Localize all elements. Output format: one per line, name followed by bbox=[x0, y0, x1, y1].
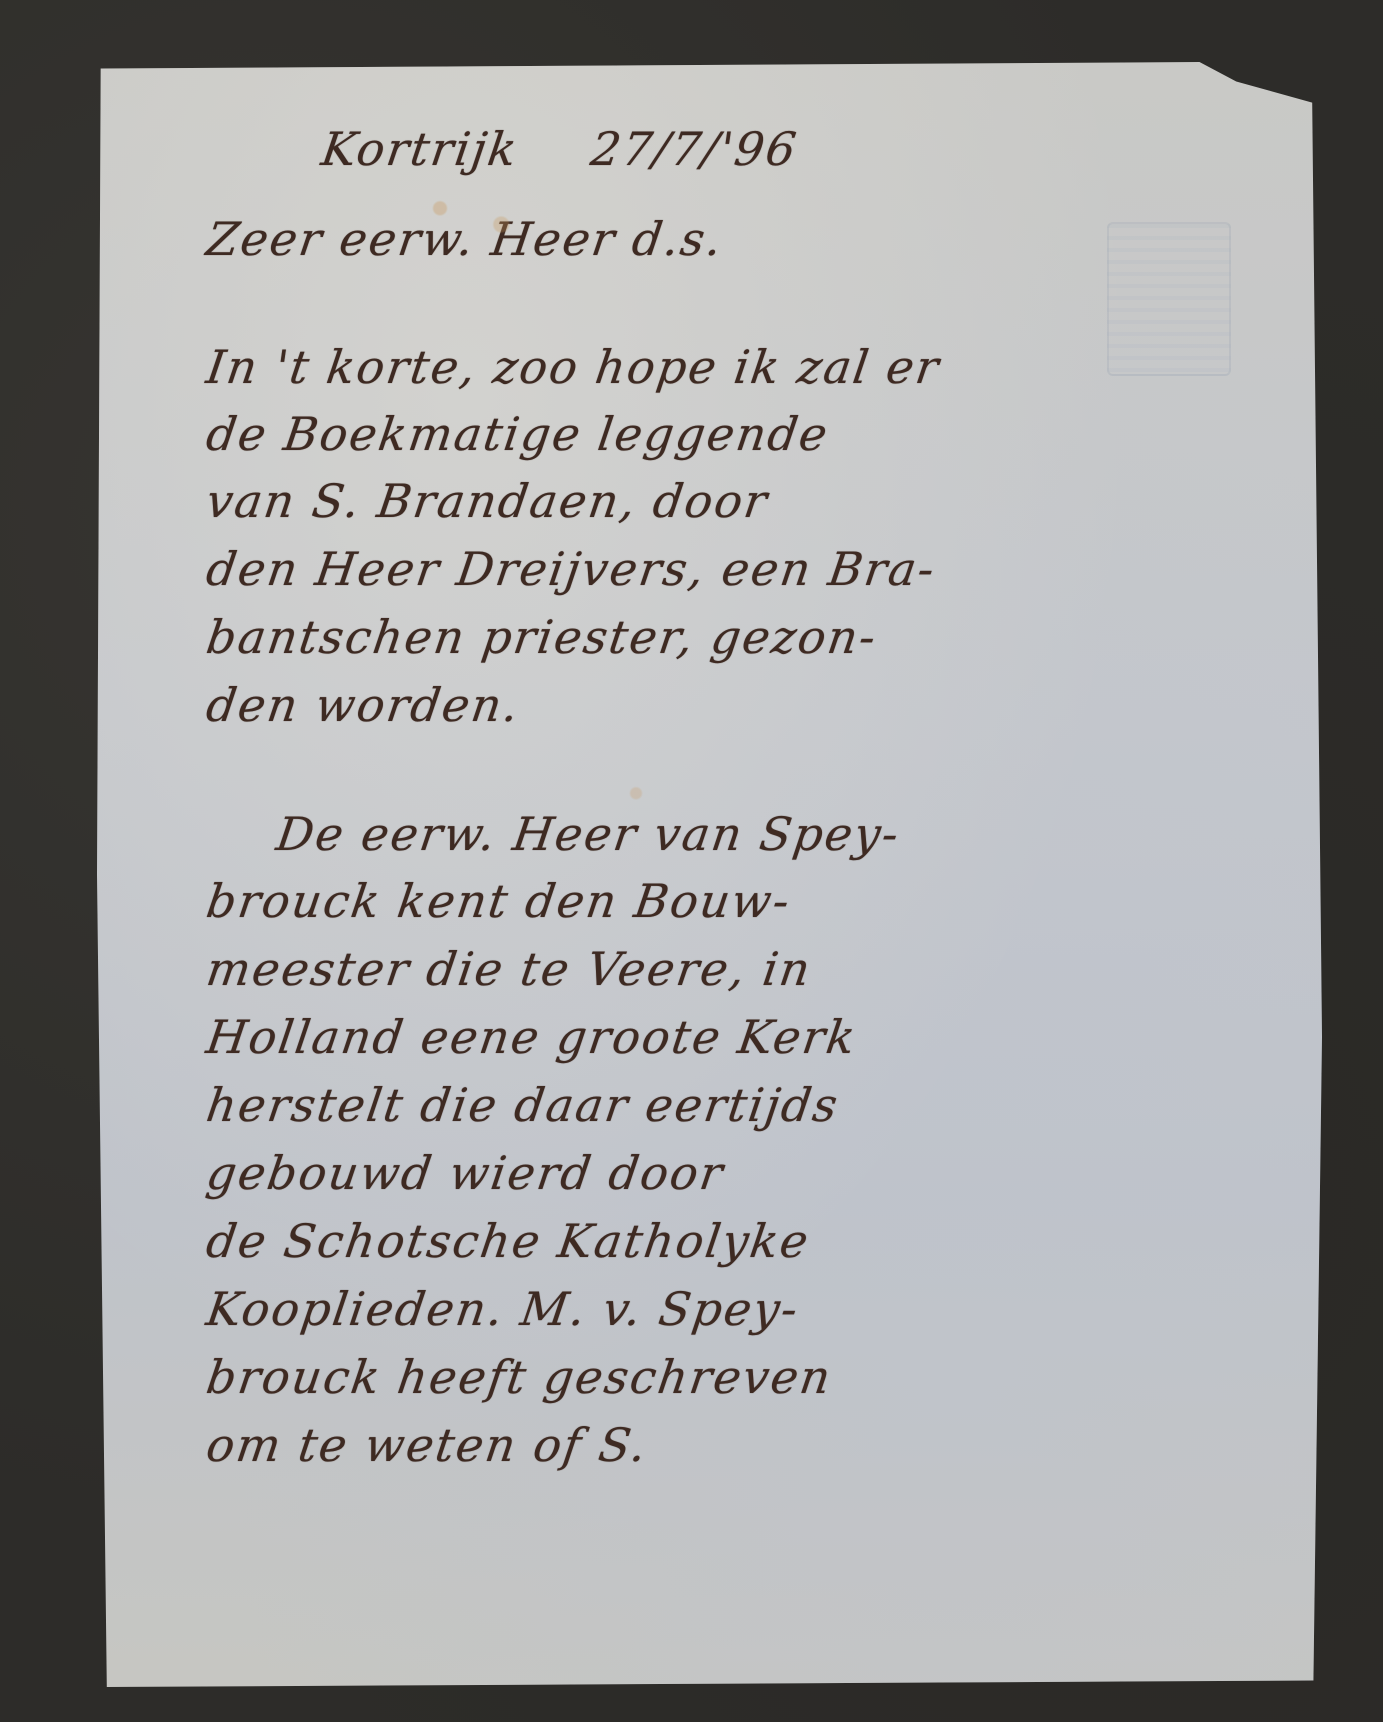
text-line: brouck heeft geschreven bbox=[203, 1350, 836, 1404]
text-line: Holland eene groote Kerk bbox=[203, 1010, 860, 1064]
letter-sheet: Kortrijk 27/7/'96 Zeer eerw. Heer d.s. I… bbox=[97, 62, 1322, 1687]
letter-header: Kortrijk 27/7/'96 bbox=[318, 122, 801, 176]
letter-date: 27/7/'96 bbox=[588, 122, 802, 176]
text-line: den Heer Dreijvers, een Bra- bbox=[203, 542, 939, 596]
letter-place: Kortrijk bbox=[318, 122, 522, 176]
text-line: den worden. bbox=[203, 678, 523, 732]
text-line: meester die te Veere, in bbox=[203, 942, 815, 996]
text-line: de Boekmatige leggende bbox=[203, 407, 832, 461]
text-line: van S. Brandaen, door bbox=[203, 474, 772, 528]
text-line: Kooplieden. M. v. Spey- bbox=[203, 1282, 803, 1336]
text-line: brouck kent den Bouw- bbox=[203, 874, 794, 928]
salutation: Zeer eerw. Heer d.s. bbox=[203, 212, 727, 266]
embossed-stamp-icon bbox=[1107, 222, 1231, 376]
text-line: herstelt die daar eertijds bbox=[203, 1078, 842, 1132]
text-line: In 't korte, zoo hope ik zal er bbox=[203, 340, 944, 394]
text-line: de Schotsche Katholyke bbox=[203, 1214, 813, 1268]
text-line: om te weten of S. bbox=[203, 1418, 651, 1472]
text-line: De eerw. Heer van Spey- bbox=[273, 807, 903, 861]
text-line: bantschen priester, gezon- bbox=[203, 610, 881, 664]
text-line: gebouwd wierd door bbox=[203, 1146, 728, 1200]
